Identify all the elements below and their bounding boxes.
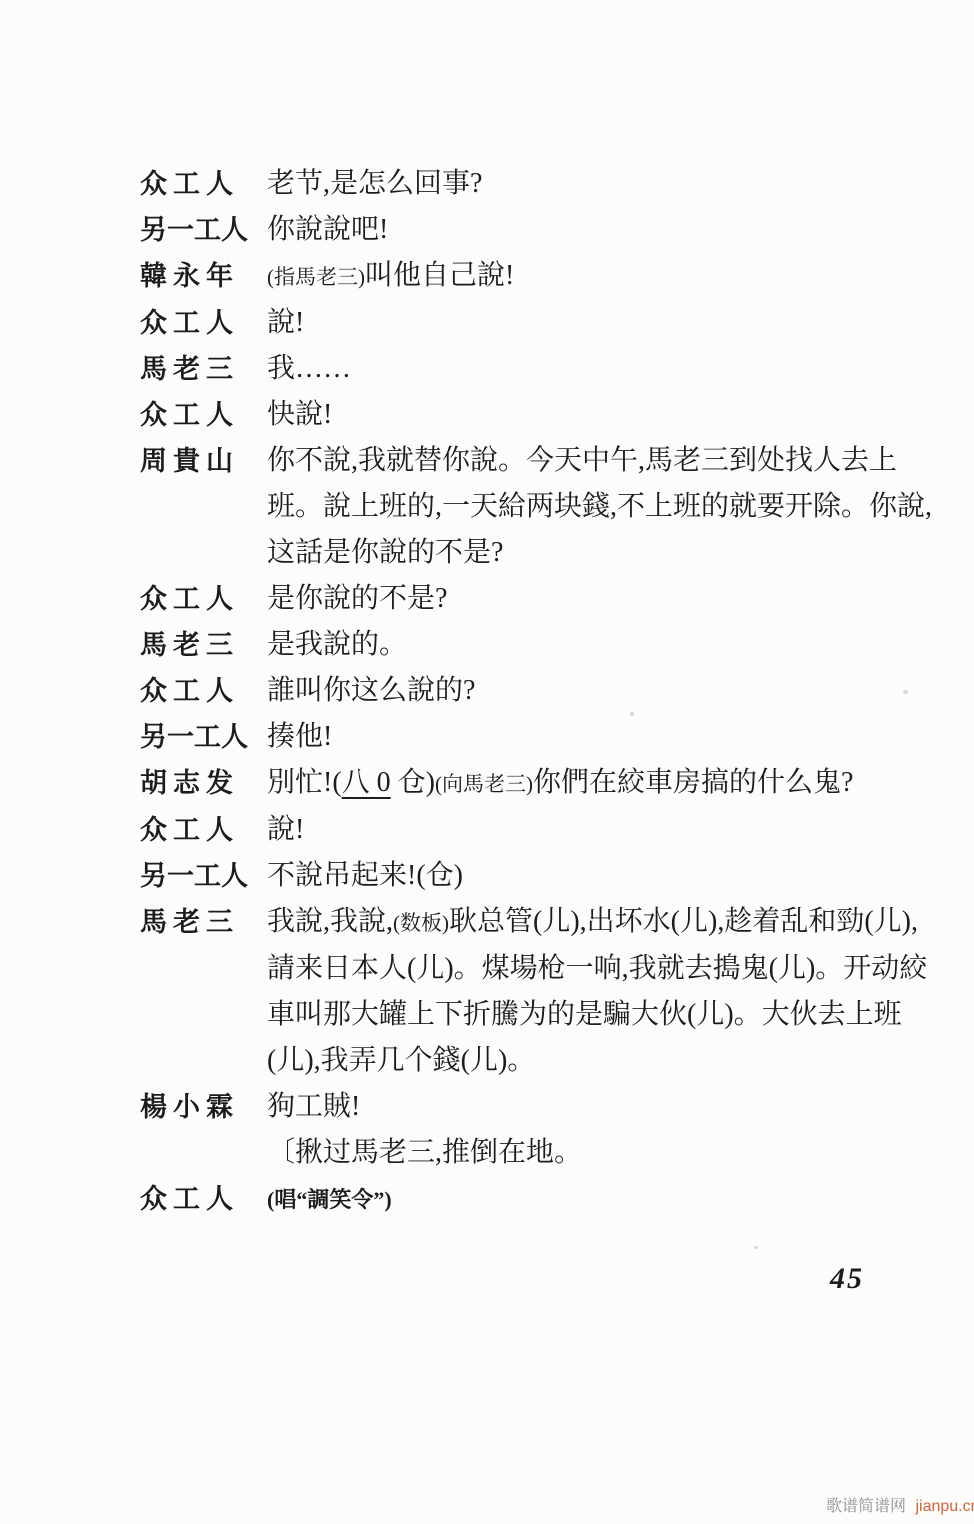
dialogue-text: 是你說的不是?: [267, 576, 934, 622]
dialogue-segment: 你不說,我就替你說。今天中午,馬老三到处找人去上班。說上班的,一天給两块錢,不上…: [267, 445, 932, 568]
dialogue-segment: (向馬老三): [435, 772, 533, 796]
scan-artifact: [630, 712, 634, 716]
script-line: 众工人是你說的不是?: [140, 576, 934, 622]
script-line: 馬老三我……: [140, 346, 934, 392]
speaker-name: 众工人: [140, 668, 267, 714]
dialogue-text: 我……: [267, 346, 934, 392]
dialogue-segment: 別忙!(: [267, 767, 342, 798]
speaker-name: 众工人: [140, 161, 267, 207]
dialogue-segment: 你們在絞車房搞的什么鬼?: [533, 767, 853, 798]
dialogue-segment: 八 0: [342, 767, 391, 798]
dialogue-segment: 誰叫你这么說的?: [267, 675, 475, 706]
speaker-name: 韓永年: [140, 253, 267, 299]
speaker-name: 周貴山: [140, 438, 267, 484]
script-line: 楊小霖狗工賊!: [140, 1084, 934, 1130]
watermark-site-name: 歌谱简谱网: [826, 1498, 906, 1515]
speaker-name: 另一工人: [140, 853, 267, 899]
dialogue-text: 我說,我說,(数板)耿总管(儿),出坏水(儿),趁着乱和勁(儿),請来日本人(儿…: [267, 899, 934, 1084]
script-line: 周貴山你不說,我就替你說。今天中午,馬老三到处找人去上班。說上班的,一天給两块錢…: [140, 438, 934, 576]
dialogue-segment: 你說說吧!: [267, 214, 388, 245]
speaker-name: 众工人: [140, 1176, 267, 1222]
script-line: 馬老三我說,我說,(数板)耿总管(儿),出坏水(儿),趁着乱和勁(儿),請来日本…: [140, 899, 934, 1084]
dialogue-segment: 是你說的不是?: [267, 583, 447, 614]
dialogue-segment: 不說吊起来!(仓): [267, 860, 463, 891]
script-line: 胡志发別忙!(八 0 仓)(向馬老三)你們在絞車房搞的什么鬼?: [140, 760, 934, 807]
speaker-name: 众工人: [140, 300, 267, 346]
script-line: 众工人(唱“調笑令”): [140, 1176, 934, 1223]
dialogue-text: (指馬老三)叫他自己說!: [267, 253, 934, 300]
scan-artifact: [754, 1246, 758, 1249]
dialogue-text: 你說說吧!: [267, 207, 934, 253]
dialogue-text: 狗工賊!: [267, 1084, 934, 1130]
dialogue-text: 說!: [267, 807, 934, 853]
script-line: 众工人說!: [140, 300, 934, 346]
script-line: 众工人老节,是怎么回事?: [140, 161, 934, 207]
scan-artifact: [903, 690, 908, 694]
script-line: 众工人快說!: [140, 392, 934, 438]
dialogue-text: 說!: [267, 300, 934, 346]
dialogue-segment: 快說!: [267, 399, 332, 430]
speaker-name: 另一工人: [140, 714, 267, 760]
speaker-name: 众工人: [140, 807, 267, 853]
dialogue-segment: (唱“調笑令”): [267, 1187, 392, 1212]
dialogue-segment: (数板): [393, 911, 449, 935]
script-line: 另一工人不說吊起来!(仓): [140, 853, 934, 899]
script-line: 馬老三是我說的。: [140, 622, 934, 668]
script-line: 韓永年(指馬老三)叫他自己說!: [140, 253, 934, 300]
dialogue-text: 誰叫你这么說的?: [267, 668, 934, 714]
dialogue-segment: 揍他!: [267, 721, 332, 752]
speaker-name: 胡志发: [140, 760, 267, 806]
script-line: 众工人說!: [140, 807, 934, 853]
script-line: 另一工人你說說吧!: [140, 207, 934, 253]
dialogue-text: 快說!: [267, 392, 934, 438]
dialogue-segment: (指馬老三): [267, 265, 365, 289]
script-page: 众工人老节,是怎么回事?另一工人你說說吧!韓永年(指馬老三)叫他自己說!众工人說…: [0, 0, 974, 1524]
dialogue-text: 是我說的。: [267, 622, 934, 668]
dialogue-segment: 狗工賊!: [267, 1091, 360, 1122]
dialogue-segment: 說!: [267, 307, 304, 338]
page-number: 45: [830, 1262, 864, 1296]
dialogue-text: 老节,是怎么回事?: [267, 161, 934, 207]
dialogue-text: 〔揪过馬老三,推倒在地。: [267, 1130, 934, 1176]
speaker-name: 馬老三: [140, 622, 267, 668]
speaker-name: 众工人: [140, 576, 267, 622]
speaker-name: 众工人: [140, 392, 267, 438]
speaker-name: 另一工人: [140, 207, 267, 253]
watermark: 歌谱简谱网 jianpu.cn: [826, 1493, 974, 1516]
dialogue-segment: 仓): [391, 767, 435, 798]
speaker-name: 楊小霖: [140, 1084, 267, 1130]
dialogue-text: 揍他!: [267, 714, 934, 760]
script-line: 众工人誰叫你这么說的?: [140, 668, 934, 714]
dialogue-segment: 老节,是怎么回事?: [267, 168, 482, 199]
dialogue-text: (唱“調笑令”): [267, 1176, 934, 1223]
watermark-site-url: jianpu.cn: [915, 1498, 974, 1515]
script-line: 另一工人揍他!: [140, 714, 934, 760]
dialogue-segment: 是我說的。: [267, 629, 407, 660]
dialogue-segment: 我……: [267, 353, 351, 384]
dialogue-segment: 我說,我說,: [267, 906, 393, 937]
dialogue-list: 众工人老节,是怎么回事?另一工人你說說吧!韓永年(指馬老三)叫他自己說!众工人說…: [140, 161, 934, 1223]
dialogue-text: 你不說,我就替你說。今天中午,馬老三到处找人去上班。說上班的,一天給两块錢,不上…: [267, 438, 934, 576]
dialogue-text: 別忙!(八 0 仓)(向馬老三)你們在絞車房搞的什么鬼?: [267, 760, 934, 807]
stage-direction-line: 〔揪过馬老三,推倒在地。: [140, 1130, 934, 1176]
speaker-name: 馬老三: [140, 899, 267, 945]
dialogue-segment: 叫他自己說!: [365, 260, 514, 291]
dialogue-segment: 〔揪过馬老三,推倒在地。: [267, 1137, 582, 1168]
dialogue-text: 不說吊起来!(仓): [267, 853, 934, 899]
dialogue-segment: 說!: [267, 814, 304, 845]
speaker-name: 馬老三: [140, 346, 267, 392]
